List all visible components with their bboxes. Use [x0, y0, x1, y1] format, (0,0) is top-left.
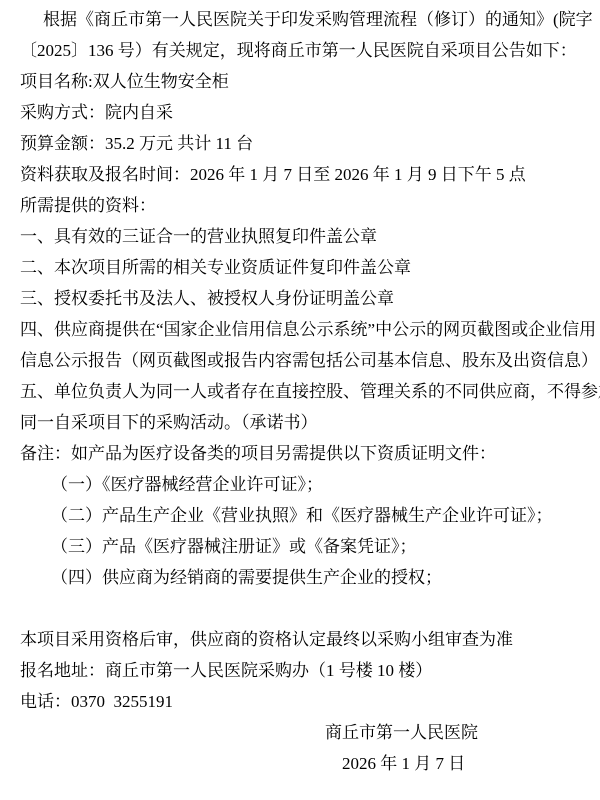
requirement-2: 二、本次项目所需的相关专业资质证件复印件盖公章 [20, 252, 586, 283]
requirement-3: 三、授权委托书及法人、被授权人身份证明盖公章 [20, 283, 586, 314]
phone-line: 电话：0370 3255191 [20, 686, 586, 717]
signature-org-line: 商丘市第一人民医院 [20, 717, 586, 748]
requirement-4-line-2: 信息公示报告（网页截图或报告内容需包括公司基本信息、股东及出资信息） [20, 345, 586, 376]
remark-item-1: （一）《医疗器械经营企业许可证》； [20, 469, 586, 500]
requirement-1: 一、具有效的三证合一的营业执照复印件盖公章 [20, 221, 586, 252]
document-page: 根据《商丘市第一人民医院关于印发采购管理流程（修订）的通知》(院字〔2025〕1… [0, 0, 600, 800]
intro-line-1: 根据《商丘市第一人民医院关于印发采购管理流程（修订）的通知》(院字 [20, 4, 586, 35]
intro-line-2: 〔2025〕136 号）有关规定，现将商丘市第一人民医院自采项目公告如下： [20, 35, 586, 66]
remark-item-2: （二）产品生产企业《营业执照》和《医疗器械生产企业许可证》； [20, 500, 586, 531]
remark-heading: 备注：如产品为医疗设备类的项目另需提供以下资质证明文件： [20, 438, 586, 469]
requirement-4-line-1: 四、供应商提供在“国家企业信用信息公示系统”中公示的网页截图或企业信用 [20, 314, 586, 345]
registration-address-line: 报名地址：商丘市第一人民医院采购办（1 号楼 10 楼） [20, 655, 586, 686]
required-materials-heading: 所需提供的资料： [20, 190, 586, 221]
project-name-line: 项目名称:双人位生物安全柜 [20, 66, 586, 97]
registration-time-line: 资料获取及报名时间：2026 年 1 月 7 日至 2026 年 1 月 9 日… [20, 159, 586, 190]
qualification-review-line: 本项目采用资格后审，供应商的资格认定最终以采购小组审查为准 [20, 624, 586, 655]
blank-line [20, 593, 586, 624]
document-body: 根据《商丘市第一人民医院关于印发采购管理流程（修订）的通知》(院字〔2025〕1… [20, 4, 586, 779]
remark-item-3: （三）产品《医疗器械注册证》或《备案凭证》； [20, 531, 586, 562]
budget-line: 预算金额：35.2 万元 共计 11 台 [20, 128, 586, 159]
remark-item-4: （四）供应商为经销商的需要提供生产企业的授权； [20, 562, 586, 593]
purchase-method-line: 采购方式：院内自采 [20, 97, 586, 128]
requirement-5-line-2: 同一自采项目下的采购活动。（承诺书） [20, 407, 586, 438]
requirement-5-line-1: 五、单位负责人为同一人或者存在直接控股、管理关系的不同供应商，不得参加 [20, 376, 586, 407]
signature-date-line: 2026 年 1 月 7 日 [20, 748, 586, 779]
